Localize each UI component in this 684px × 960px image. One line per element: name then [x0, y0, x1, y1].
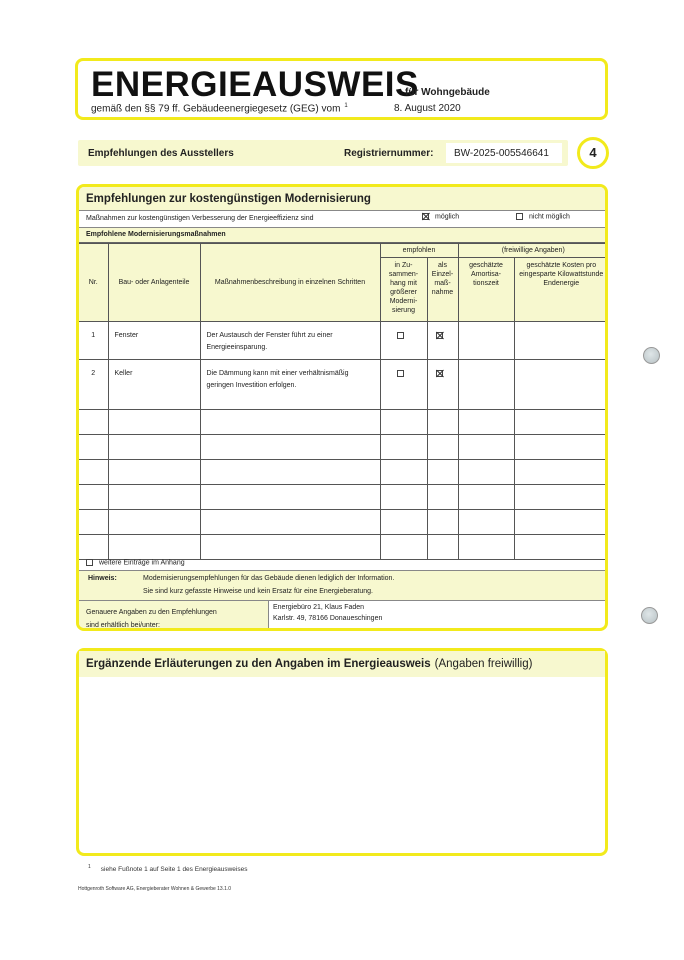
recommendations-title: Empfehlungen zur kostengünstigen Moderni…	[79, 187, 605, 211]
empty-cell	[380, 410, 427, 435]
supplementary-title: Ergänzende Erläuterungen zu den Angaben …	[79, 651, 605, 677]
empty-cell	[79, 510, 108, 535]
empty-cell	[458, 460, 514, 485]
empty-cell	[514, 510, 608, 535]
more-entries-row[interactable]: weitere Einträge im Anhang	[79, 556, 605, 571]
checkbox-empty-icon[interactable]	[516, 213, 523, 220]
footnote-marker: 1	[344, 103, 347, 109]
law-text: gemäß den §§ 79 ff. Gebäudeenergiegesetz…	[91, 103, 340, 114]
empty-cell	[108, 485, 200, 510]
measures-possible-row: Maßnahmen zur kostengünstigen Verbesseru…	[79, 211, 605, 228]
registration-label: Registriernummer:	[344, 148, 433, 159]
empty-cell	[200, 510, 380, 535]
contact-details: Energiebüro 21, Klaus Faden Karlstr. 49,…	[270, 601, 382, 624]
option-not-possible-label: nicht möglich	[529, 213, 570, 220]
empty-cell	[514, 410, 608, 435]
contact-label-line-1: Genauere Angaben zu den Empfehlungen	[86, 606, 268, 619]
empty-cell	[427, 460, 458, 485]
table-row-empty	[79, 460, 608, 485]
law-date: 8. August 2020	[394, 103, 461, 114]
empty-cell	[108, 460, 200, 485]
empty-cell	[514, 485, 608, 510]
contact-label: Genauere Angaben zu den Empfehlungen sin…	[79, 601, 269, 631]
cell-description: Der Austausch der Fenster führt zu einer…	[200, 322, 380, 360]
registration-number: BW-2025-005546641	[446, 143, 562, 163]
empty-cell	[427, 435, 458, 460]
empty-cell	[458, 410, 514, 435]
table-row-empty	[79, 435, 608, 460]
note-text-line-1: Modernisierungsempfehlungen für das Gebä…	[143, 575, 394, 582]
measures-table-body: 1FensterDer Austausch der Fenster führt …	[79, 322, 608, 560]
col-single: als Einzel-maß-nahme	[427, 258, 458, 322]
table-row-empty	[79, 410, 608, 435]
empty-cell	[458, 485, 514, 510]
law-reference: gemäß den §§ 79 ff. Gebäudeenergiegesetz…	[91, 103, 348, 114]
empty-cell	[380, 460, 427, 485]
contact-row: Genauere Angaben zu den Empfehlungen sin…	[79, 601, 605, 631]
table-row-empty	[79, 485, 608, 510]
cell-description: Die Dämmung kann mit einer verhältnismäß…	[200, 360, 380, 410]
measures-table-title: Empfohlene Modernisierungsmaßnahmen	[79, 228, 605, 243]
cell-combined[interactable]	[380, 360, 427, 410]
measures-statement: Maßnahmen zur kostengünstigen Verbesseru…	[86, 215, 314, 222]
supplementary-optional-note: (Angaben freiwillig)	[435, 658, 533, 670]
empty-cell	[79, 435, 108, 460]
empty-cell	[458, 435, 514, 460]
col-cost: geschätzte Kosten pro eingesparte Kilowa…	[514, 258, 608, 322]
cell-component: Keller	[108, 360, 200, 410]
option-possible[interactable]: möglich	[422, 213, 459, 220]
empty-cell	[380, 485, 427, 510]
empty-cell	[200, 435, 380, 460]
cell-component: Fenster	[108, 322, 200, 360]
supplementary-title-text: Ergänzende Erläuterungen zu den Angaben …	[86, 658, 431, 670]
table-row-empty	[79, 510, 608, 535]
checkbox-empty-icon[interactable]	[397, 370, 404, 377]
empty-cell	[79, 410, 108, 435]
empty-cell	[108, 410, 200, 435]
contact-address: Karlstr. 49, 78166 Donaueschingen	[273, 613, 382, 624]
title-box: ENERGIEAUSWEIS für Wohngebäude gemäß den…	[75, 58, 608, 120]
cell-nr: 2	[79, 360, 108, 410]
checkbox-checked-icon[interactable]	[436, 370, 443, 377]
empty-cell	[108, 435, 200, 460]
document-title: ENERGIEAUSWEIS	[91, 65, 419, 105]
footnote-text: siehe Fußnote 1 auf Seite 1 des Energiea…	[101, 866, 248, 873]
note-text-line-2: Sie sind kurz gefasste Hinweise und kein…	[143, 588, 373, 595]
col-nr: Nr.	[79, 244, 108, 322]
checkbox-checked-icon[interactable]	[436, 332, 443, 339]
col-group-optional: (freiwillige Angaben)	[458, 244, 608, 258]
col-group-recommended: empfohlen	[380, 244, 458, 258]
empty-cell	[458, 510, 514, 535]
checkbox-empty-icon[interactable]	[397, 332, 404, 339]
contact-label-line-2: sind erhältlich bei/unter:	[86, 619, 268, 631]
empty-cell	[427, 410, 458, 435]
cell-combined[interactable]	[380, 322, 427, 360]
empty-cell	[108, 510, 200, 535]
checkbox-checked-icon[interactable]	[422, 213, 429, 220]
note-label: Hinweis:	[88, 575, 117, 582]
cell-cost	[514, 360, 608, 410]
empty-cell	[200, 485, 380, 510]
empty-cell	[200, 410, 380, 435]
cell-single[interactable]	[427, 360, 458, 410]
table-row: 2KellerDie Dämmung kann mit einer verhäl…	[79, 360, 608, 410]
software-credit: Hottgenroth Software AG, Energieberater …	[78, 886, 231, 892]
footnote: 1siehe Fußnote 1 auf Seite 1 des Energie…	[88, 864, 247, 873]
cell-cost	[514, 322, 608, 360]
recommendations-section: Empfehlungen zur kostengünstigen Moderni…	[76, 184, 608, 631]
page-number-badge: 4	[577, 137, 609, 169]
col-payback: geschätzte Amortisa-tionszeit	[458, 258, 514, 322]
punch-hole-icon	[641, 607, 658, 624]
empty-cell	[514, 460, 608, 485]
measures-table: Nr. Bau- oder Anlagenteile Maßnahmenbesc…	[79, 243, 608, 560]
document-subtitle: für Wohngebäude	[405, 87, 490, 98]
checkbox-empty-icon[interactable]	[86, 559, 93, 566]
cell-nr: 1	[79, 322, 108, 360]
cell-payback	[458, 322, 514, 360]
col-description: Maßnahmenbeschreibung in einzelnen Schri…	[200, 244, 380, 322]
supplementary-section: Ergänzende Erläuterungen zu den Angaben …	[76, 648, 608, 856]
empty-cell	[79, 460, 108, 485]
option-possible-label: möglich	[435, 213, 459, 220]
issuer-label: Empfehlungen des Ausstellers	[88, 148, 234, 159]
note-row: Hinweis: Modernisierungsempfehlungen für…	[79, 571, 605, 601]
empty-cell	[79, 485, 108, 510]
empty-cell	[514, 435, 608, 460]
punch-hole-icon	[643, 347, 660, 364]
col-combined: in Zu-sammen-hang mit größerer Moderni-s…	[380, 258, 427, 322]
cell-single[interactable]	[427, 322, 458, 360]
contact-name: Energiebüro 21, Klaus Faden	[273, 602, 382, 613]
col-component: Bau- oder Anlagenteile	[108, 244, 200, 322]
issuer-bar: Empfehlungen des Ausstellers Registriern…	[78, 140, 568, 166]
empty-cell	[427, 485, 458, 510]
empty-cell	[427, 510, 458, 535]
footnote-marker: 1	[88, 864, 91, 870]
empty-cell	[380, 435, 427, 460]
empty-cell	[200, 460, 380, 485]
table-row: 1FensterDer Austausch der Fenster führt …	[79, 322, 608, 360]
option-not-possible[interactable]: nicht möglich	[516, 213, 570, 220]
more-entries-label: weitere Einträge im Anhang	[99, 559, 185, 566]
empty-cell	[380, 510, 427, 535]
cell-payback	[458, 360, 514, 410]
